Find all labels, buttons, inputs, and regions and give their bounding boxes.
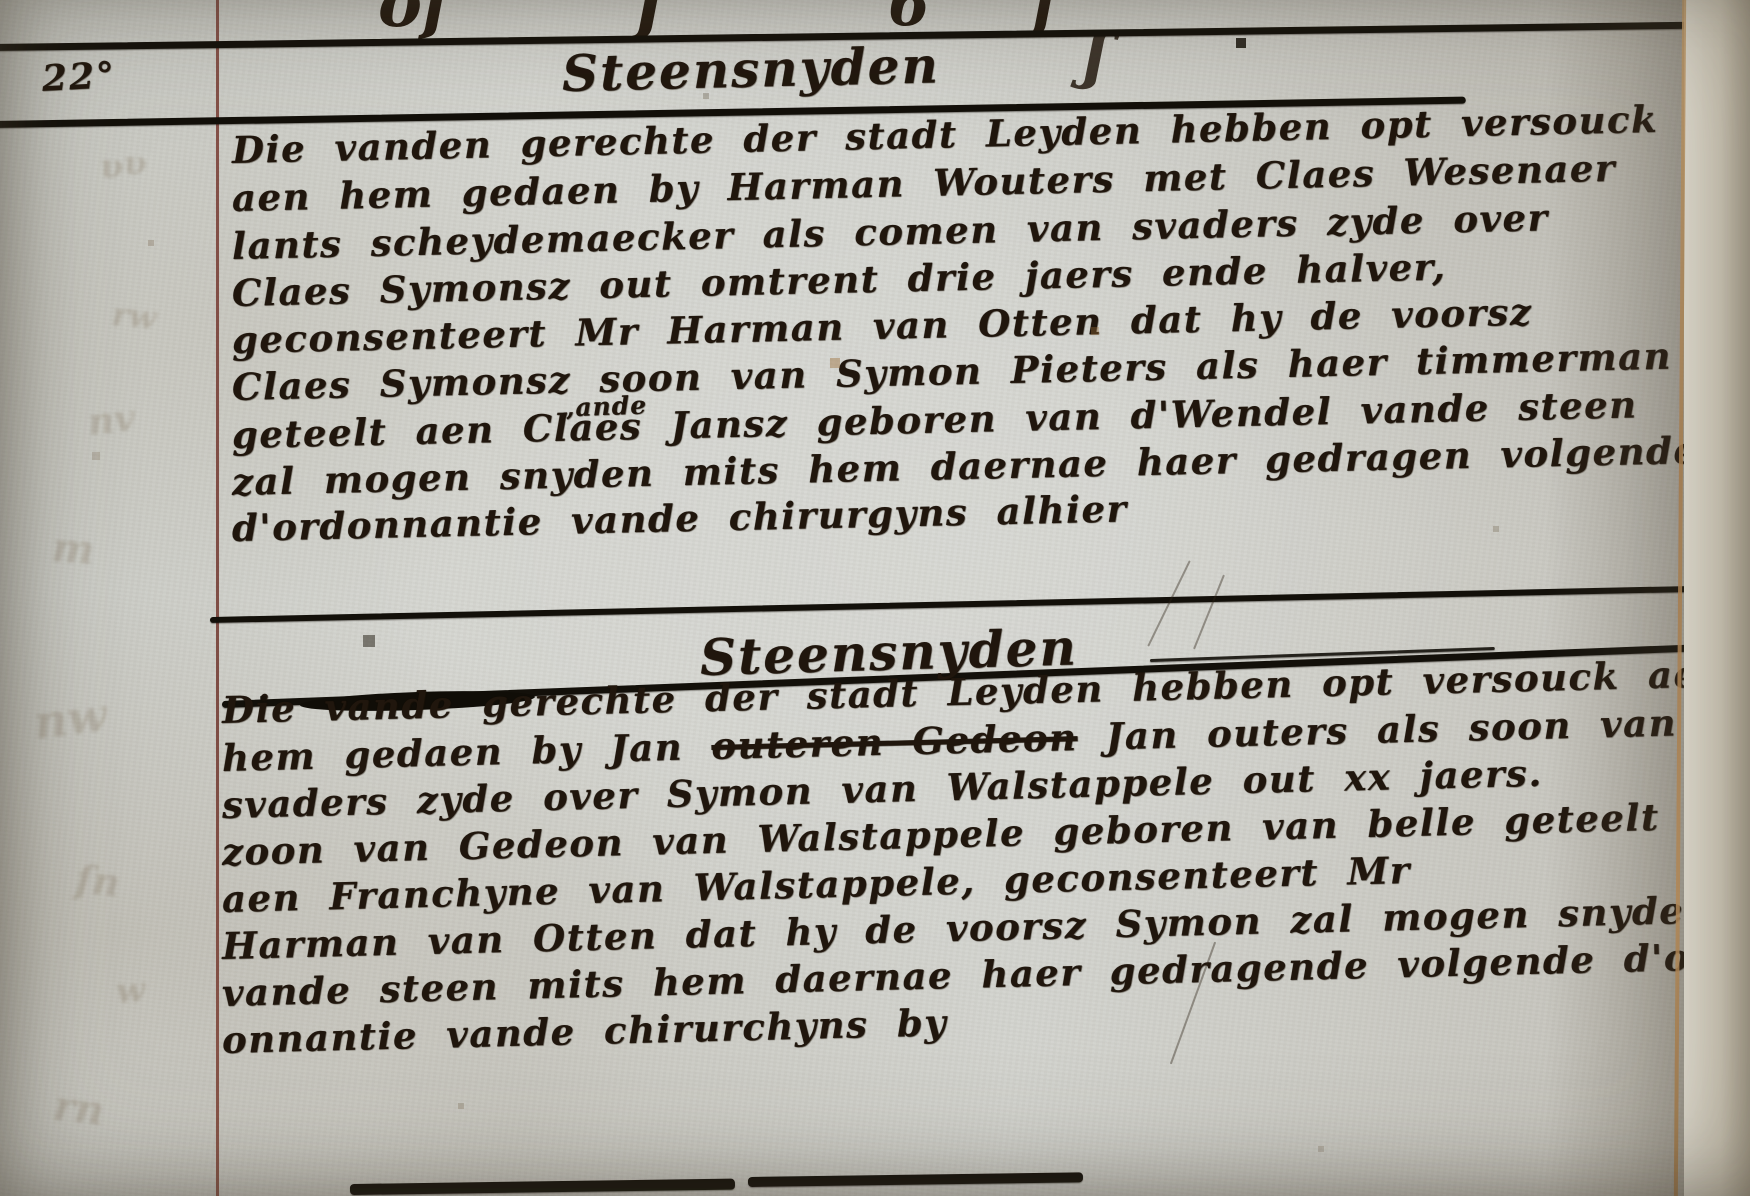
interlinear-insertion: „ande: [560, 390, 648, 422]
manuscript-page: of ſ 6 ſ ʃ 22° Steensnyden Die vanden ge…: [0, 0, 1750, 1196]
line-segment: Jan outers als soon van: [1077, 700, 1678, 759]
ruled-line-above-heading-2: [210, 585, 1750, 623]
folio-margin-number: 22°: [41, 54, 117, 100]
ruled-line-bottom-right: [748, 1172, 1083, 1187]
pen-hairline: [1193, 575, 1225, 650]
bleedthrough-mark: ſn: [74, 856, 122, 905]
strikethrough-text: outeren Gedeon: [711, 715, 1078, 768]
ruled-line-bottom-left: [350, 1179, 735, 1195]
page-fold-line: [1674, 0, 1686, 1196]
bleedthrough-mark: w: [114, 970, 147, 1012]
top-fragment: of: [378, 0, 450, 42]
bleedthrough-mark: ʋʋ: [97, 142, 149, 188]
page-edge: [1684, 0, 1750, 1196]
bleedthrough-mark: rn: [51, 1082, 107, 1135]
bleedthrough-mark: rw: [110, 295, 158, 337]
bleedthrough-mark: m: [50, 524, 96, 574]
pen-hairline: [1147, 560, 1190, 646]
bleedthrough-mark: nw: [31, 687, 110, 749]
line-segment: hem gedaen by Jan: [221, 724, 712, 780]
margin-rule-vertical: [216, 0, 219, 1196]
section-1-heading: Steensnyden: [561, 35, 940, 103]
ink-specks: [0, 0, 2, 2]
bleedthrough-mark: nv: [86, 397, 137, 444]
